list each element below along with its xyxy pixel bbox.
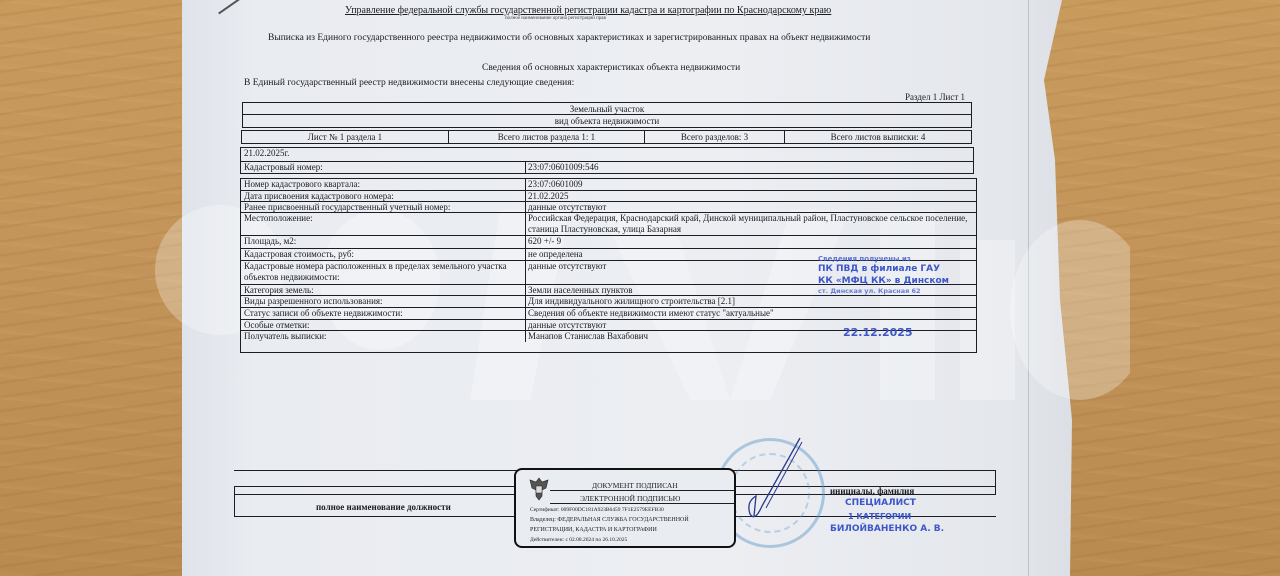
cadastral-row: Кадастровый номер: 23:07:0601009:546 (241, 161, 973, 174)
column-divider (525, 308, 526, 319)
eds-owner-cont: РЕГИСТРАЦИИ, КАДАСТРА И КАРТОГРАФИИ (530, 527, 657, 533)
table-row: Площадь, м2:620 +/- 9 (241, 235, 976, 248)
object-type-caption-row: вид объекта недвижимости (242, 115, 972, 128)
cadastral-label: Кадастровый номер: (244, 162, 323, 172)
intro-text: В Единый государственный реестр недвижим… (244, 78, 574, 88)
column-divider (525, 162, 526, 174)
column-divider (525, 261, 526, 284)
field-label: Кадастровая стоимость, руб: (244, 249, 524, 260)
sheet-info-cell: Всего листов выписки: 4 (785, 131, 971, 143)
coat-of-arms-icon (528, 476, 550, 502)
column-divider (525, 320, 526, 330)
field-value: 620 +/- 9 (528, 236, 968, 247)
field-label: Получатель выписки: (244, 331, 524, 342)
specialist-title: СПЕЦИАЛИСТ (845, 498, 916, 508)
table-row: Ранее присвоенный государственный учетны… (241, 201, 976, 212)
eds-subtitle: ЭЛЕКТРОННОЙ ПОДПИСЬЮ (580, 494, 680, 503)
sheet-info-cell: Всего листов раздела 1: 1 (449, 131, 645, 143)
authority-caption: полное наименование органа регистрации п… (505, 16, 606, 21)
column-divider (525, 202, 526, 212)
column-divider (525, 296, 526, 307)
column-divider (525, 213, 526, 235)
field-value: Для индивидуального жилищного строительс… (528, 296, 968, 307)
electronic-signature-box: ДОКУМЕНТ ПОДПИСАН ЭЛЕКТРОННОЙ ПОДПИСЬЮ С… (514, 468, 736, 548)
cadastral-value: 23:07:0601009:546 (528, 162, 599, 173)
document-title: Выписка из Единого государственного реес… (268, 33, 870, 43)
sheet-info-cell: Лист № 1 раздела 1 (242, 131, 449, 143)
table-row: Статус записи об объекте недвижимости:Св… (241, 307, 976, 319)
eds-owner: Владелец: ФЕДЕРАЛЬНАЯ СЛУЖБА ГОСУДАРСТВЕ… (530, 517, 689, 523)
column-divider (525, 285, 526, 295)
table-row: Дата присвоения кадастрового номера:21.0… (241, 190, 976, 201)
date-stamp: 22.12.2025 (843, 326, 913, 339)
stamp-line: КК «МФЦ КК» в Динском (818, 276, 949, 286)
sheet-info-row: Лист № 1 раздела 1 Всего листов раздела … (241, 130, 972, 144)
field-label: Площадь, м2: (244, 236, 524, 247)
specialist-category: 1 КАТЕГОРИИ (848, 512, 911, 521)
field-label: Местоположение: (244, 213, 524, 224)
position-caption: полное наименование должности (316, 502, 451, 512)
sheet-info-cell: Всего разделов: 3 (645, 131, 785, 143)
extract-date: 21.02.2025г. (244, 148, 289, 158)
field-label: Кадастровые номера расположенных в преде… (244, 261, 524, 283)
field-value: 23:07:0601009 (528, 179, 968, 190)
table-row: Местоположение:Российская Федерация, Кра… (241, 212, 976, 235)
date-cadastral-block: 21.02.2025г. Кадастровый номер: 23:07:06… (240, 147, 974, 174)
column-divider (525, 249, 526, 260)
eds-certificate: Сертификат: 009F00DC181A923B6459 7F1E257… (530, 507, 664, 513)
section-title: Сведения об основных характеристиках объ… (482, 63, 740, 73)
paper-fold-line (1028, 0, 1029, 576)
stamp-line: ст. Динская ул. Красная 62 (818, 287, 921, 295)
eds-title: ДОКУМЕНТ ПОДПИСАН (592, 481, 678, 490)
table-row: Виды разрешенного использования:Для инди… (241, 295, 976, 307)
authority-name: Управление федеральной службы государств… (345, 5, 831, 16)
object-type-row: Земельный участок (242, 102, 972, 115)
object-type-caption: вид объекта недвижимости (243, 115, 971, 127)
section-ref: Раздел 1 Лист 1 (905, 92, 965, 102)
specialist-name: БИЛОЙВАНЕНКО А. В. (830, 524, 944, 534)
date-row: 21.02.2025г. (241, 148, 973, 161)
column-divider (525, 236, 526, 248)
initials-caption: инициалы, фамилия (830, 486, 914, 496)
stamp-line: ПК ПВД в филиале ГАУ (818, 264, 940, 274)
stamp-line: Сведения получены из (818, 255, 911, 263)
handwritten-signature (740, 436, 810, 536)
object-type: Земельный участок (243, 103, 971, 114)
field-label: Статус записи об объекте недвижимости: (244, 308, 524, 319)
field-label: Виды разрешенного использования: (244, 296, 524, 307)
column-divider (525, 331, 526, 342)
field-value: Сведения об объекте недвижимости имеют с… (528, 308, 968, 319)
field-label: Номер кадастрового квартала: (244, 179, 524, 190)
eds-validity: Действителен: с 02.08.2024 по 26.10.2025 (530, 537, 627, 543)
column-divider (525, 179, 526, 190)
field-value: Российская Федерация, Краснодарский край… (528, 213, 968, 235)
table-row: Номер кадастрового квартала:23:07:060100… (241, 179, 976, 190)
column-divider (525, 191, 526, 201)
